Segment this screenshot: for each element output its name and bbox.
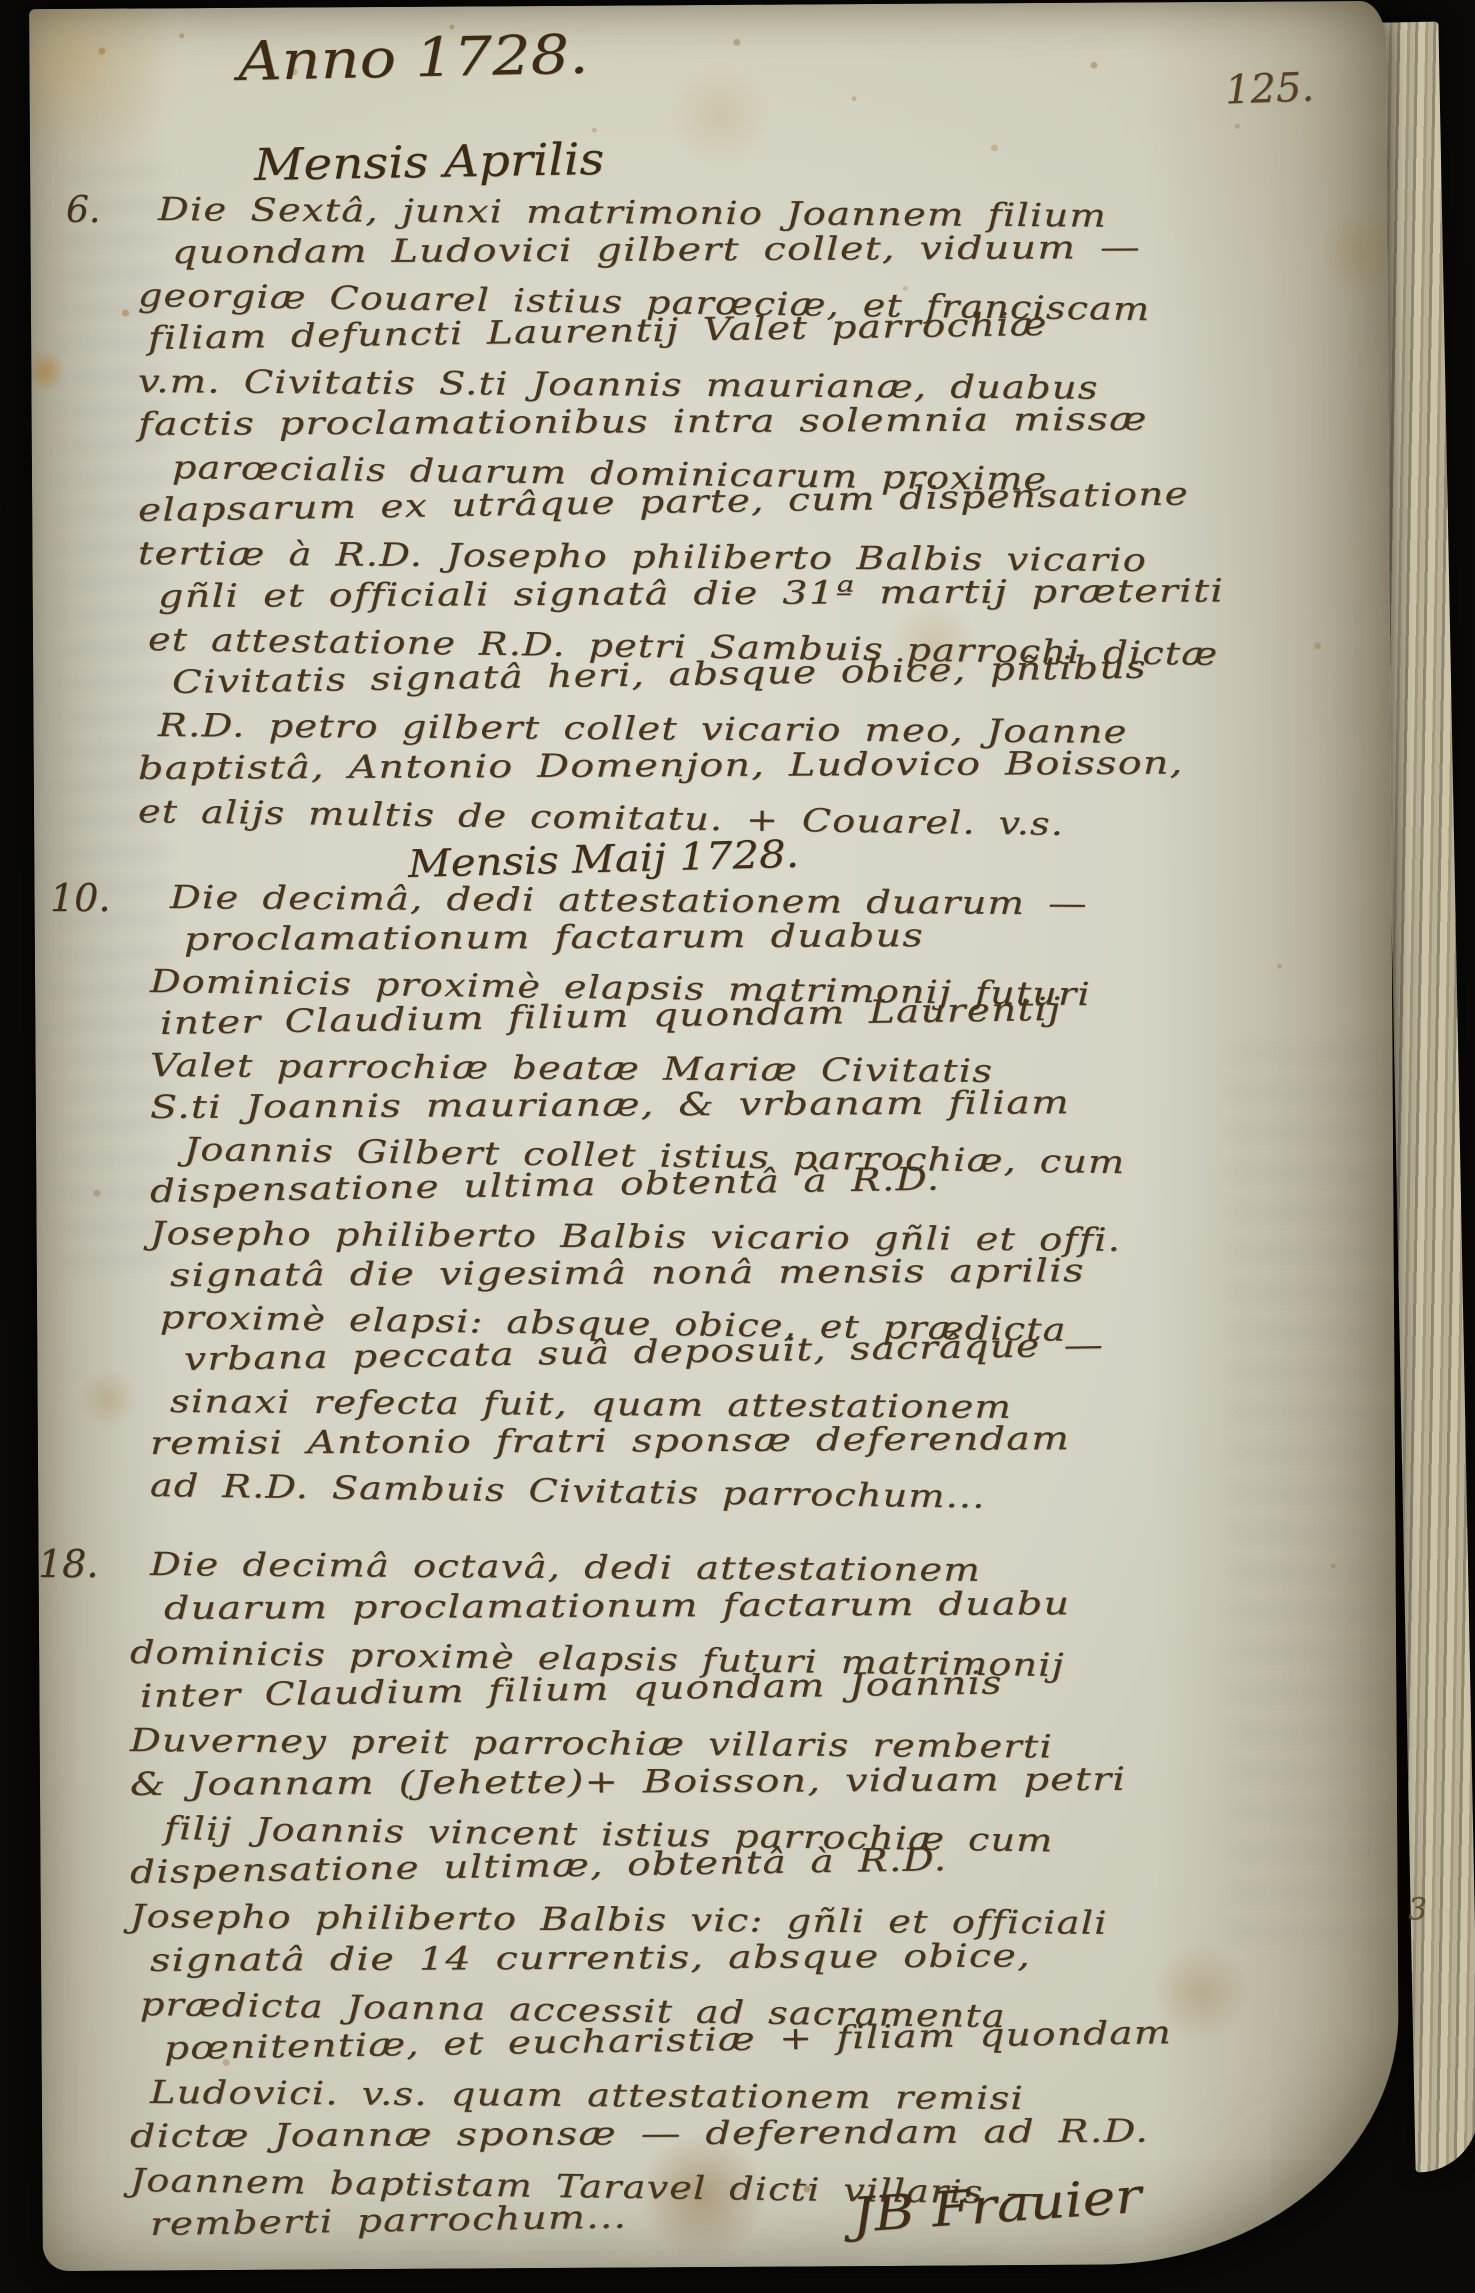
entry-text: Die decimâ, dedi attestationem duarum —p… [150, 876, 975, 1506]
entry-day-number: 10. [50, 876, 110, 920]
manuscript-line: et alijs multis de comitatu. + Couarel. … [138, 790, 1221, 848]
month-heading-april: Mensis Aprilis [254, 134, 605, 191]
manuscript-line: baptistâ, Antonio Domenjon, Ludovico Boi… [138, 741, 1266, 790]
entry-text: Die Sextâ, junxi matrimonio Joannem fili… [138, 188, 1047, 833]
manuscript-line: remisi Antonio fratri sponsæ deferendam [150, 1417, 1173, 1464]
entry-day-number: 6. [66, 190, 100, 231]
manuscript-line: proclamationum factarum duabus [184, 913, 1165, 960]
manuscript-line: & Joannam (Jehette)+ Boisson, viduam pet… [130, 1756, 1197, 1806]
manuscript-line: duarum proclamationum factarum duabu [164, 1581, 1189, 1630]
margin-mark: 3 [1407, 1892, 1427, 1928]
year-heading: Anno 1728. [237, 23, 589, 93]
manuscript-line: ad R.D. Sambuis Civitatis parrochum... [150, 1464, 1132, 1520]
handwritten-text-layer: Anno 1728. 125. Mensis Aprilis Mensis Ma… [0, 0, 1475, 2293]
manuscript-line: S.ti Joannis maurianæ, & vrbanam filiam [150, 1081, 1173, 1128]
manuscript-line: factis proclamationibus intra solemnia m… [138, 397, 1266, 446]
manuscript-line: gñli et officiali signatâ die 31ª martij… [158, 569, 1261, 618]
manuscript-line: signatâ die 14 currentis, absque obice, [150, 1933, 1192, 1982]
manuscript-line: dictæ Joannæ sponsæ — deferendam ad R.D. [130, 2108, 1197, 2158]
manuscript-photo: Anno 1728. 125. Mensis Aprilis Mensis Ma… [0, 0, 1475, 2293]
manuscript-line: signatâ die vigesimâ nonâ mensis aprilis [170, 1249, 1168, 1296]
manuscript-line: quondam Ludovici gilbert collet, viduum … [172, 225, 1258, 274]
entry-day-number: 18. [38, 1542, 98, 1586]
folio-number: 125. [1224, 64, 1315, 113]
entry-text: Die decimâ octavâ, dedi attestationemdua… [130, 1542, 990, 2246]
